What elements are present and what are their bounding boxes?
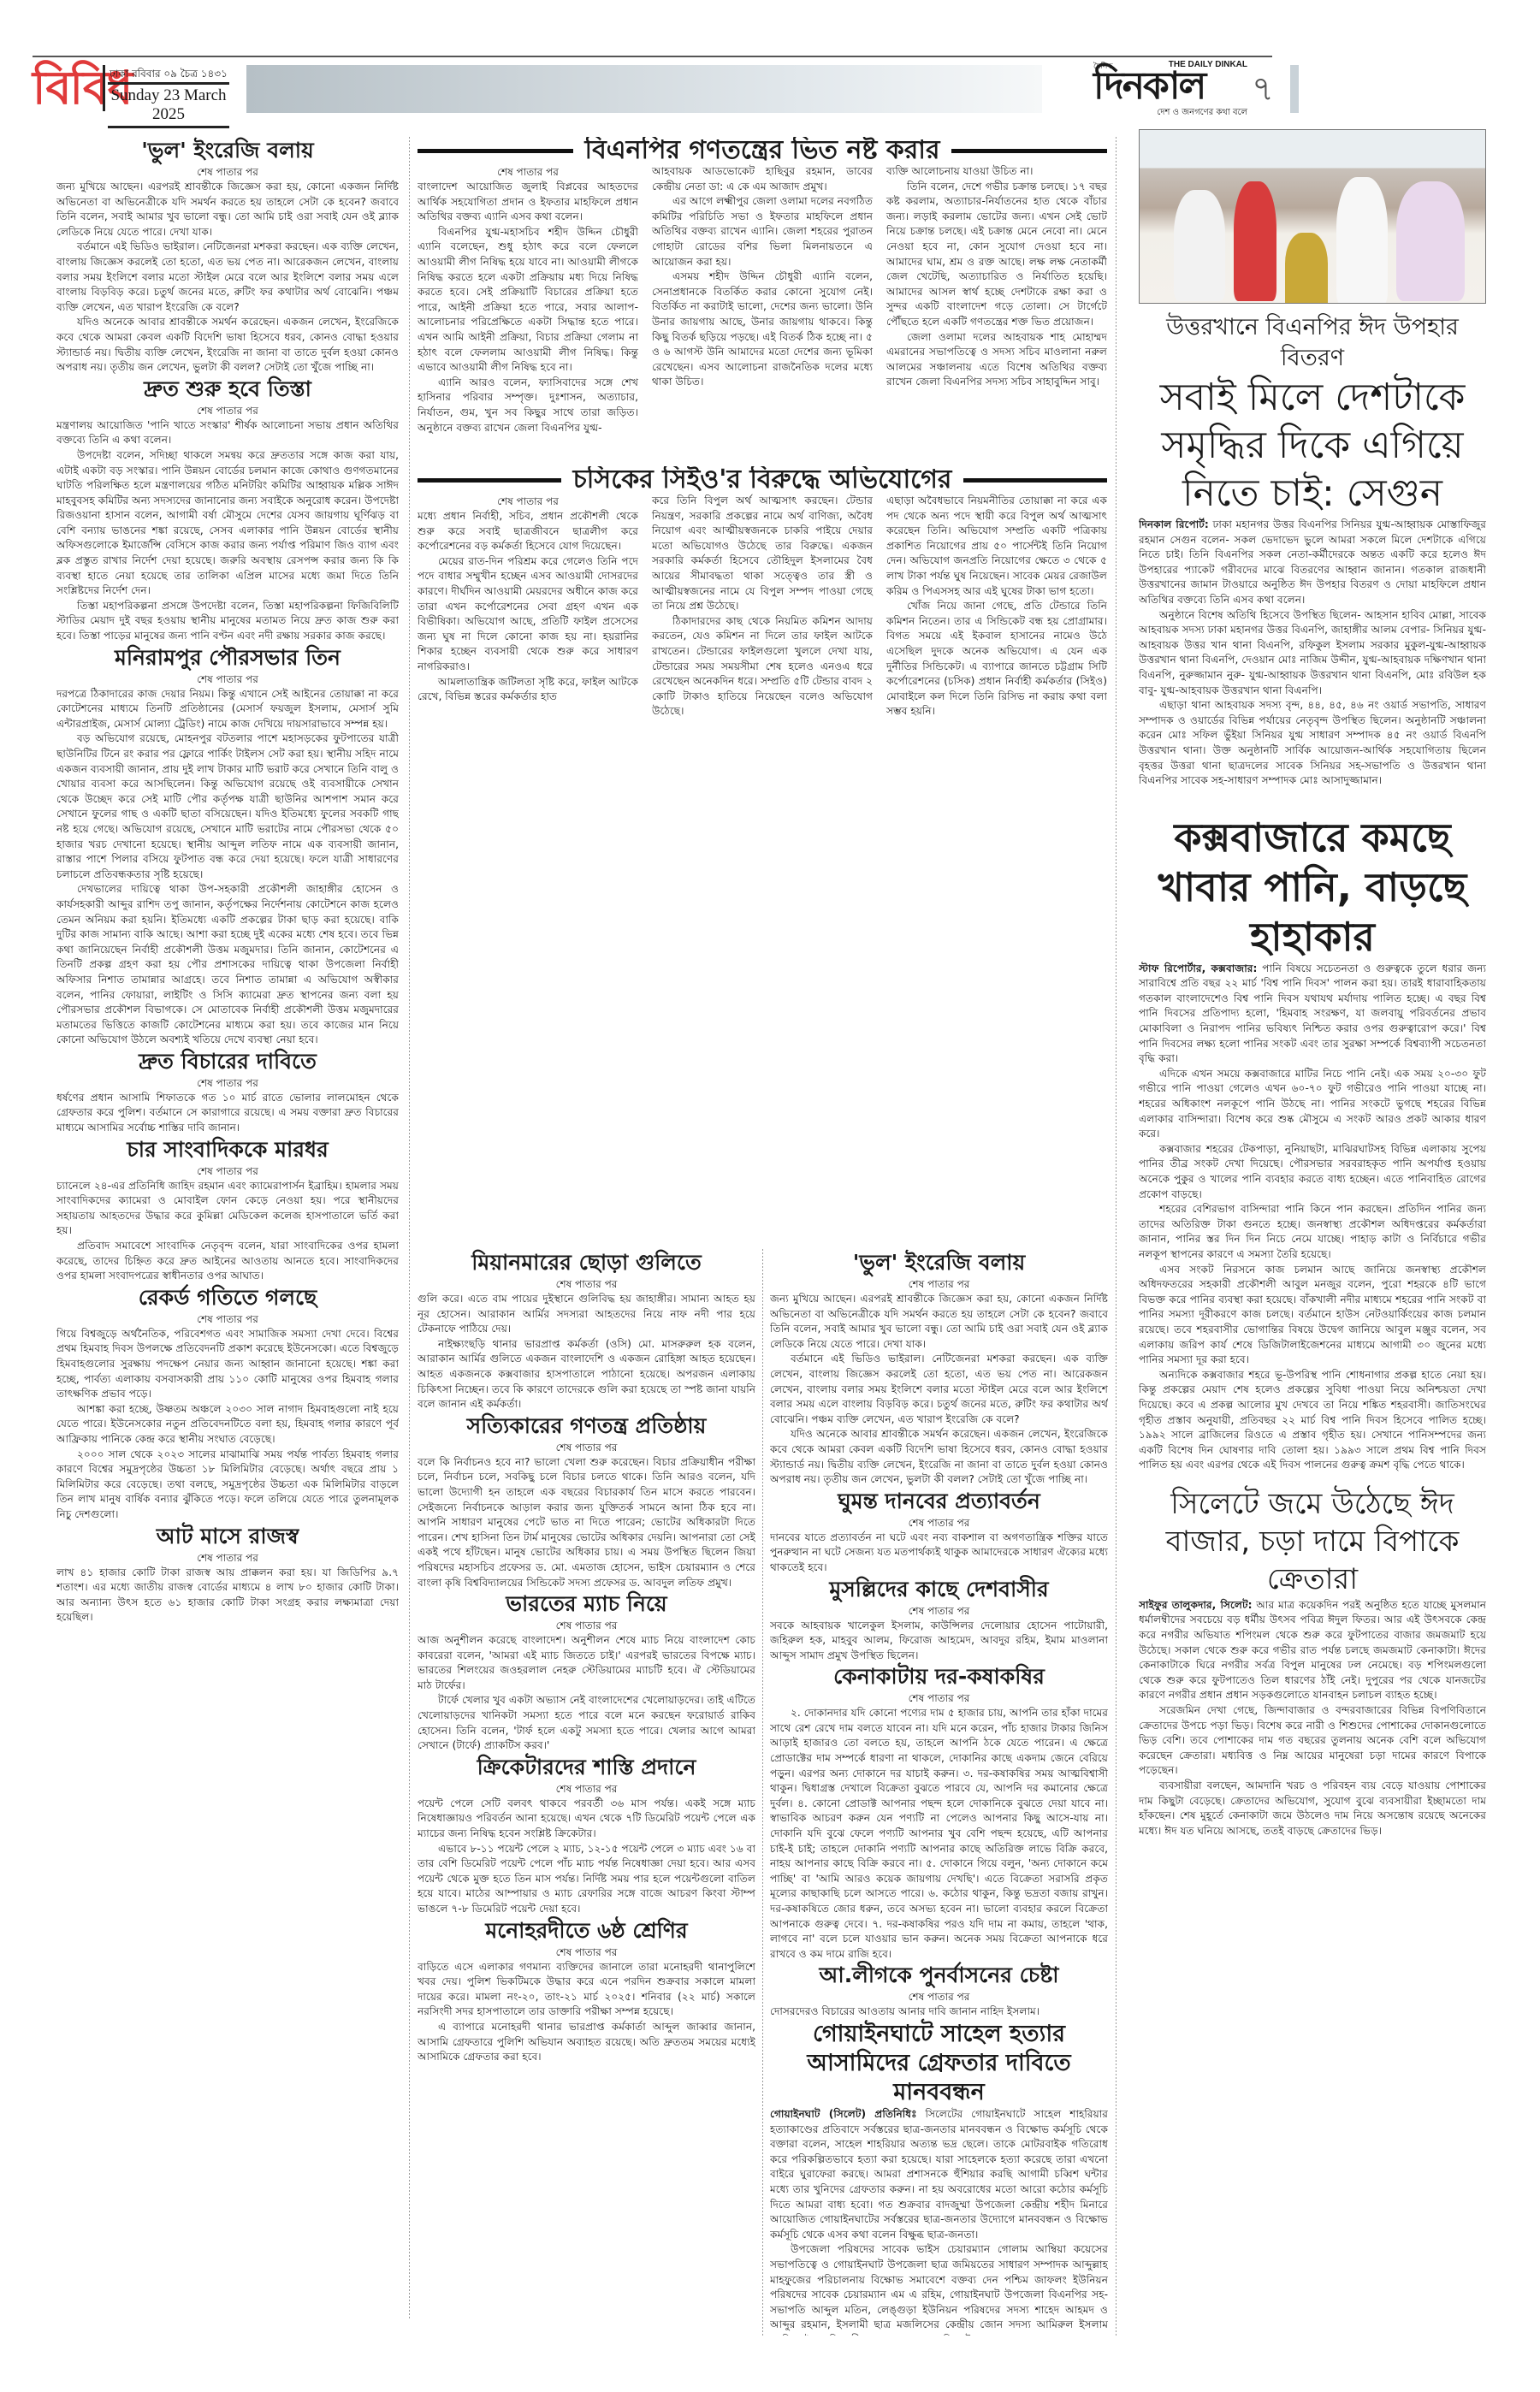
photo-figure: [1396, 181, 1465, 301]
continued-label: শেষ পাতার পর: [770, 1989, 1108, 2004]
photo-figure: [1285, 233, 1328, 304]
paragraph: এসব সংকট নিরসনে কাজ চলমান আছে জানিয়ে জন…: [1139, 1263, 1486, 1368]
paragraph: দানবের যাতে প্রত্যাবর্তন না ঘটে এবং নব্য…: [770, 1531, 1108, 1576]
continued-label: শেষ পাতার পর: [418, 1781, 755, 1797]
article-awami-rehab: আ.লীগকে পুনর্বাসনের চেষ্টা শেষ পাতার পর …: [770, 1962, 1108, 2020]
page-number: ৭: [1252, 65, 1274, 113]
date-bengali: ঢাকা রবিবার ০৯ চৈত্র ১৪৩১: [108, 65, 229, 85]
masthead-band: [246, 65, 1042, 113]
headline: 'ভুল' ইংরেজি বলায়: [56, 137, 399, 164]
spacer: [1139, 789, 1486, 813]
byline: স্টাফ রিপোর্টার, কক্সবাজার:: [1139, 962, 1257, 974]
paragraph: জন্য মুখিয়ে আছেন। এরপরই শ্রাবন্তীকে জিজ…: [770, 1292, 1108, 1352]
article-coxsbazar-water: কক্সবাজারে কমছে খাবার পানি, বাড়ছে হাহাক…: [1139, 813, 1486, 1473]
paragraph: বর্তমানে এই ভিডিও ভাইরাল। নেটিজেনরা মশকর…: [770, 1352, 1108, 1427]
headline: আ.লীগকে পুনর্বাসনের চেষ্টা: [770, 1962, 1108, 1989]
lead-text: আর মাত্র কয়েকদিন পরই অনুষ্ঠিত হতে যাচ্ছ…: [1139, 1599, 1486, 1702]
continued-label: শেষ পাতার পর: [770, 1515, 1108, 1531]
paragraph: নাইক্ষ্যংছড়ি থানার ভারপ্রাপ্ত কর্মকর্তা…: [418, 1337, 755, 1412]
paragraph: গুলি করে। এতে বাম পায়ের দুইস্থানে গুলিব…: [418, 1292, 755, 1337]
paragraph: এভাবে ৮-১১ পয়েন্ট পেলে ২ ম্যাচ, ১২-১৫ প…: [418, 1842, 755, 1917]
headline: সবাই মিলে দেশটাকে সমৃদ্ধির দিকে এগিয়ে ন…: [1139, 374, 1486, 518]
article-bhul-english-2: 'ভুল' ইংরেজি বলায় শেষ পাতার পর জন্য মুখ…: [770, 1249, 1108, 1488]
text-column: শেষ পাতার পর মধ্যে প্রধান নির্বাহী, সচিব…: [418, 494, 638, 719]
continued-label: শেষ পাতার পর: [56, 1163, 399, 1179]
text-column: এছাড়া অবৈধভাবে নিয়মনীতির তোয়াক্কা না …: [886, 494, 1107, 719]
headline: দ্রুত শুরু হবে তিস্তা: [56, 376, 399, 403]
paragraph: এছাড়া অবৈধভাবে নিয়মনীতির তোয়াক্কা না …: [886, 494, 1107, 599]
continued-label: শেষ পাতার পর: [56, 1075, 399, 1091]
article-bhul-english: 'ভুল' ইংরেজি বলায় শেষ পাতার পর জন্য মুখ…: [56, 137, 399, 376]
paragraph: শহরের বেশিরভাগ বাসিন্দারা পানি কিনে পান …: [1139, 1202, 1486, 1262]
paragraph: যদিও অনেকে আবার শ্রাবন্তীকে সমর্থন করেছে…: [770, 1427, 1108, 1487]
headline: ক্রিকেটারদের শাস্তি প্রদানে: [418, 1754, 755, 1781]
spacer: [1139, 1473, 1486, 1485]
article-real-democracy: সত্যিকারের গণতন্ত্র প্রতিষ্ঠায় শেষ পাতা…: [418, 1412, 755, 1590]
paragraph: অনুষ্ঠানে বিশেষ অতিথি হিসেবে উপস্থিত ছিল…: [1139, 608, 1486, 699]
paragraph: উপজেলা পরিষদের সাবেক ভাইস চেয়ারম্যান গো…: [770, 2242, 1108, 2336]
photo-figure: [1174, 190, 1225, 301]
byline: গোয়াইনঘাট (সিলেট) প্রতিনিধিঃ: [770, 2108, 917, 2120]
paragraph: এছাড়া থানা আহবায়ক সদস্য বৃন্দ, ৪৪, ৪৫,…: [1139, 698, 1486, 789]
article-sylhet-eid-market: সিলেটে জমে উঠেছে ঈদ বাজার, চড়া দামে বিপ…: [1139, 1485, 1486, 1839]
photo-figure: [1336, 177, 1388, 304]
article-bnp-democracy: বিএনপির গণতন্ত্রের ভিত নষ্ট করার শেষ পাত…: [418, 137, 1107, 453]
headline: কেনাকাটায় দর-কষাকষির: [770, 1663, 1108, 1690]
paragraph: বাংলাদেশ আয়োজিত জুলাই বিপ্লবের আহতদের আ…: [418, 180, 638, 225]
headline: মনিরামপুর পৌরসভার তিন: [56, 644, 399, 672]
headline-row: বিএনপির গণতন্ত্রের ভিত নষ্ট করার: [418, 137, 1107, 164]
byline: সাইফুর তালুকদার, সিলেট:: [1139, 1599, 1252, 1611]
headline: সত্যিকারের গণতন্ত্র প্রতিষ্ঠায়: [418, 1412, 755, 1440]
headline: মিয়ানমারের ছোড়া গুলিতে: [418, 1249, 755, 1276]
paragraph: লাখ ৪১ হাজার কোটি টাকা রাজস্ব আয় প্রাক্…: [56, 1566, 399, 1625]
continued-label: শেষ পাতার পর: [418, 1440, 755, 1455]
lead-text: সিলেটের গোয়াইনঘাটে সাহেল শাহরিয়ার হত্য…: [770, 2108, 1108, 2241]
paragraph: জেলা ওলামা দলের আহবায়ক শাহ মোহাম্মদ এমর…: [886, 330, 1107, 390]
paragraph: বর্তমানে এই ভিডিও ভাইরাল। নেটিজেনরা মশকর…: [56, 240, 399, 315]
paragraph: এসময় শহীদ উদ্দিন চৌধুরী এ্যানি বলেন, সে…: [652, 269, 873, 390]
headline: আট মাসে রাজস্ব: [56, 1523, 399, 1550]
paragraph: দরপত্রে ঠিকাদারের কাজ দেয়ার নিয়ম। কিন্…: [56, 687, 399, 732]
masthead-divider: [103, 65, 105, 111]
column-divider: [762, 1249, 763, 2336]
paragraph: দেখভালের দায়িত্বে থাকা উপ-সহকারী প্রকৌশ…: [56, 882, 399, 1048]
article-csik-ceo: চসিকের সিইও'র বিরুদ্ধে অভিযোগের শেষ পাতা…: [418, 466, 1107, 1236]
headline: গোয়াইনঘাটে সাহেল হত্যার আসামিদের গ্রেফত…: [770, 2020, 1108, 2107]
lead-text: পানি বিষয়ে সচেতনতা ও গুরুত্বকে তুলে ধরা…: [1139, 962, 1486, 1065]
paragraph: স্টাফ রিপোর্টার, কক্সবাজার: পানি বিষয়ে …: [1139, 962, 1486, 1067]
lead-text: ঢাকা মহানগর উত্তর বিএনপির সিনিয়র যুগ্ম-…: [1139, 518, 1486, 606]
headline-rule: [418, 478, 561, 483]
continued-label: শেষ পাতার পর: [770, 1603, 1108, 1619]
article-columns: শেষ পাতার পর মধ্যে প্রধান নির্বাহী, সচিব…: [418, 494, 1107, 719]
headline-rule: [963, 478, 1107, 483]
continued-label: শেষ পাতার পর: [56, 1550, 399, 1566]
paragraph: সবকে আহবায়ক খালেকুল ইসলাম, কাউন্সিলর দে…: [770, 1619, 1108, 1664]
paragraph: অন্যদিকে কক্সবাজার শহরে ভূ-উপরিস্থ পানি …: [1139, 1368, 1486, 1473]
continued-label: শেষ পাতার পর: [56, 1311, 399, 1327]
news-photo: [1139, 129, 1486, 304]
article-segun-eid-gift: উত্তরখানে বিএনপির ঈদ উপহার বিতরণ সবাই মি…: [1139, 312, 1486, 789]
page-number-strip: [1290, 65, 1299, 113]
article-teesta: দ্রুত শুরু হবে তিস্তা শেষ পাতার পর মন্ত্…: [56, 376, 399, 644]
paragraph: ২. দোকানদার যদি কোনো পণ্যের দাম ৫ হাজার …: [770, 1706, 1108, 1962]
paragraph: এ্যানি আরও বলেন, ফ্যাসিবাদের সঙ্গে শেখ হ…: [418, 376, 638, 435]
continued-label: শেষ পাতার পর: [418, 1276, 755, 1292]
paragraph: ব্যবসায়ীরা বলছেন, আমদানি খরচ ও পরিবহন ব…: [1139, 1779, 1486, 1838]
headline: কক্সবাজারে কমছে খাবার পানি, বাড়ছে হাহাক…: [1139, 813, 1486, 962]
kicker: উত্তরখানে বিএনপির ঈদ উপহার বিতরণ: [1139, 312, 1486, 374]
continued-label: শেষ পাতার পর: [56, 403, 399, 418]
article-quick-trial: দ্রুত বিচারের দাবিতে শেষ পাতার পর ধর্ষণে…: [56, 1048, 399, 1136]
article-sleeping-demon: ঘুমন্ত দানবের প্রত্যাবর্তন শেষ পাতার পর …: [770, 1488, 1108, 1576]
paragraph: করে তিনি বিপুল অর্থ আত্মসাৎ করছেন। টেন্ড…: [652, 494, 873, 614]
headline: মুসল্লিদের কাছে দেশবাসীর: [770, 1576, 1108, 1603]
paragraph: আহবায়ক আডভোকেট হাছিবুর রহমান, ডাবের কেন…: [652, 164, 873, 194]
text-column: ব্যক্তি আলোচনায় যাওয়া উচিত না। তিনি বল…: [886, 164, 1107, 435]
paragraph: বিএনপির যুগ্ম-মহাসচিব শহীদ উদ্দিন চৌধুরী…: [418, 225, 638, 376]
paragraph: গোয়াইনঘাট (সিলেট) প্রতিনিধিঃ সিলেটের গো…: [770, 2107, 1108, 2242]
paragraph: ধর্ষণের প্রধান আসামি শিফাতকে গত ১০ মার্চ…: [56, 1091, 399, 1136]
article-india-match: ভারতের ম্যাচ নিয়ে শেষ পাতার পর আজ অনুশী…: [418, 1590, 755, 1754]
article-journalists-beaten: চার সাংবাদিককে মারধর শেষ পাতার পর চ্যানে…: [56, 1136, 399, 1284]
text-column: আহবায়ক আডভোকেট হাছিবুর রহমান, ডাবের কেন…: [652, 164, 873, 435]
right-column: উত্তরখানে বিএনপির ঈদ উপহার বিতরণ সবাই মি…: [1139, 312, 1486, 2340]
article-myanmar-firing: মিয়ানমারের ছোড়া গুলিতে শেষ পাতার পর গু…: [418, 1249, 755, 1412]
paragraph: খোঁজ নিয়ে জানা গেছে, প্রতি টেন্ডারে তিন…: [886, 599, 1107, 719]
headline-row: চসিকের সিইও'র বিরুদ্ধে অভিযোগের: [418, 466, 1107, 494]
logo-bengali: দিনকাল: [1093, 65, 1205, 108]
headline: দ্রুত বিচারের দাবিতে: [56, 1048, 399, 1075]
paragraph: মেয়ের রাত-দিন পরিশ্রম করে গেলেও তিনি পদ…: [418, 554, 638, 675]
text-column: করে তিনি বিপুল অর্থ আত্মসাৎ করছেন। টেন্ড…: [652, 494, 873, 719]
paragraph: এদিকে এখন সময়ে কক্সবাজারে মাটির নিচে পা…: [1139, 1067, 1486, 1142]
headline: রেকর্ড গতিতে গলছে: [56, 1284, 399, 1311]
continued-label: শেষ পাতার পর: [418, 164, 638, 180]
paragraph: মন্ত্রণালয় আয়োজিত 'পানি খাতে সংস্কার' …: [56, 418, 399, 448]
paragraph: যদিও অনেকে আবার শ্রাবন্তীকে সমর্থন করেছে…: [56, 315, 399, 375]
paragraph: জন্য মুখিয়ে আছেন। এরপরই শ্রাবন্তীকে জিজ…: [56, 180, 399, 240]
paragraph: আজ অনুশীলন করেছে বাংলাদেশ। অনুশীলন শেষে …: [418, 1633, 755, 1693]
paragraph: বড় অভিযোগ রয়েছে, মোহনপুর বটতলার পাশে ম…: [56, 731, 399, 882]
article-musalli: মুসল্লিদের কাছে দেশবাসীর শেষ পাতার পর সব…: [770, 1576, 1108, 1664]
paragraph: তিস্তা মহাপরিকল্পনা প্রসঙ্গে উপদেষ্টা বল…: [56, 599, 399, 644]
text-column: শেষ পাতার পর বাংলাদেশ আয়োজিত জুলাই বিপ্…: [418, 164, 638, 435]
headline-rule: [418, 149, 573, 153]
continued-label: শেষ পাতার পর: [56, 164, 399, 180]
article-monirampur: মনিরামপুর পৌরসভার তিন শেষ পাতার পর দরপত্…: [56, 644, 399, 1048]
paragraph: এর আগে লক্ষ্মীপুর জেলা ওলামা দলের নবগঠিত…: [652, 194, 873, 269]
continued-label: শেষ পাতার পর: [418, 494, 638, 509]
continued-label: শেষ পাতার পর: [418, 1945, 755, 1960]
headline: মনোহরদীতে ৬ষ্ঠ শ্রেণির: [418, 1917, 755, 1945]
article-columns: শেষ পাতার পর বাংলাদেশ আয়োজিত জুলাই বিপ্…: [418, 164, 1107, 435]
paragraph: কক্সবাজার শহরের টেকপাড়া, নুনিয়াছটা, মা…: [1139, 1142, 1486, 1202]
article-monohardi: মনোহরদীতে ৬ষ্ঠ শ্রেণির শেষ পাতার পর বাড়…: [418, 1917, 755, 2065]
photo-figure: [1234, 181, 1276, 301]
article-cricketer-penalty: ক্রিকেটারদের শাস্তি প্রদানে শেষ পাতার পর…: [418, 1754, 755, 1917]
newspaper-logo: দৈনিক THE DAILY DINKAL দিনকাল দেশ ও জনগণ…: [1093, 60, 1247, 120]
paragraph: মধ্যে প্রধান নির্বাহী, সচিব, প্রধান প্রক…: [418, 509, 638, 554]
paragraph: ২০০০ সাল থেকে ২০২৩ সালের মাঝামাঝি সময় প…: [56, 1448, 399, 1523]
date-english: Sunday 23 March 2025: [108, 85, 229, 128]
paragraph: গিয়ে বিশ্বজুড়ে অর্থনৈতিক, পরিবেশগত এবং…: [56, 1327, 399, 1402]
article-revenue: আট মাসে রাজস্ব শেষ পাতার পর লাখ ৪১ হাজার…: [56, 1523, 399, 1625]
headline: সিলেটে জমে উঠেছে ঈদ বাজার, চড়া দামে বিপ…: [1139, 1485, 1486, 1598]
left-column: 'ভুল' ইংরেজি বলায় শেষ পাতার পর জন্য মুখ…: [56, 137, 399, 2327]
logo-tagline: দেশ ও জনগণের কথা বলে: [1157, 106, 1247, 121]
middle-right-column: 'ভুল' ইংরেজি বলায় শেষ পাতার পর জন্য মুখ…: [770, 1249, 1108, 2336]
paragraph: আশঙ্কা করা হচ্ছে, উষ্ণতম অঞ্চলে ২০৩০ সাল…: [56, 1402, 399, 1448]
continued-label: শেষ পাতার পর: [418, 1618, 755, 1633]
headline: চার সাংবাদিককে মারধর: [56, 1136, 399, 1163]
headline: ভারতের ম্যাচ নিয়ে: [418, 1590, 755, 1618]
paragraph: বলে কি নির্বাচনও হবে না? ভালো খেলা শুরু …: [418, 1455, 755, 1590]
article-bargaining: কেনাকাটায় দর-কষাকষির শেষ পাতার পর ২. দো…: [770, 1663, 1108, 1962]
paragraph: চ্যানেলে ২৪-এর প্রতিনিধি জাহিদ রহমান এবং…: [56, 1179, 399, 1239]
paragraph: দিনকাল রিপোর্ট: ঢাকা মহানগর উত্তর বিএনপি…: [1139, 518, 1486, 608]
headline: ঘুমন্ত দানবের প্রত্যাবর্তন: [770, 1488, 1108, 1515]
article-glaciers: রেকর্ড গতিতে গলছে শেষ পাতার পর গিয়ে বিশ…: [56, 1284, 399, 1523]
paragraph: প্রতিবাদ সমাবেশে সাংবাদিক নেতৃবৃন্দ বলেন…: [56, 1239, 399, 1284]
paragraph: আমলাতান্ত্রিক জটিলতা সৃষ্টি করে, ফাইল আট…: [418, 675, 638, 705]
paragraph: এ ব্যাপারে মনোহরদী থানার ভারপ্রাপ্ত কর্ম…: [418, 2020, 755, 2065]
continued-label: শেষ পাতার পর: [770, 1276, 1108, 1292]
column-divider: [409, 137, 410, 2318]
top-rule: [33, 56, 1272, 57]
paragraph: টার্ফে খেলার খুব একটা অভ্যাস নেই বাংলাদে…: [418, 1693, 755, 1753]
headline: বিএনপির গণতন্ত্রের ভিত নষ্ট করার: [585, 137, 940, 164]
paragraph: দোসরদেরও বিচারের আওতায় আনার দাবি জানান …: [770, 2004, 1108, 2020]
masthead: বিবিধ ঢাকা রবিবার ০৯ চৈত্র ১৪৩১ Sunday 2…: [33, 60, 1282, 120]
continued-label: শেষ পাতার পর: [770, 1690, 1108, 1706]
paragraph: বাড়িতে এসে এলাকার গণমান্য ব্যক্তিদের জা…: [418, 1960, 755, 2020]
paragraph: সরেজমিন দেখা গেছে, জিন্দাবাজার ও বন্দরবা…: [1139, 1703, 1486, 1779]
column-divider: [1116, 137, 1116, 2336]
date-block: ঢাকা রবিবার ০৯ চৈত্র ১৪৩১ Sunday 23 Marc…: [108, 65, 229, 128]
paragraph: সাইফুর তালুকদার, সিলেট: আর মাত্র কয়েকদি…: [1139, 1598, 1486, 1703]
middle-left-column: মিয়ানমারের ছোড়া গুলিতে শেষ পাতার পর গু…: [418, 1249, 755, 2336]
paragraph: পয়েন্ট পেলে সেটি বলবৎ থাকবে পরবর্তী ৩৬ …: [418, 1797, 755, 1842]
paragraph: তিনি বলেন, দেশে গভীর চক্রান্ত চলছে। ১৭ ব…: [886, 180, 1107, 330]
article-gowainghat: গোয়াইনঘাটে সাহেল হত্যার আসামিদের গ্রেফত…: [770, 2020, 1108, 2336]
paragraph: ব্যক্তি আলোচনায় যাওয়া উচিত না।: [886, 164, 1107, 180]
paragraph: ঠিকাদারদের কাছ থেকে নিয়মিত কমিশন আদায় …: [652, 614, 873, 719]
headline-rule: [951, 149, 1107, 153]
byline: দিনকাল রিপোর্ট:: [1139, 518, 1209, 530]
paragraph: উপদেষ্টা বলেন, সদিচ্ছা থাকলে সমন্বয় করে…: [56, 448, 399, 599]
continued-label: শেষ পাতার পর: [56, 672, 399, 687]
headline: 'ভুল' ইংরেজি বলায়: [770, 1249, 1108, 1276]
headline: চসিকের সিইও'র বিরুদ্ধে অভিযোগের: [573, 466, 952, 494]
